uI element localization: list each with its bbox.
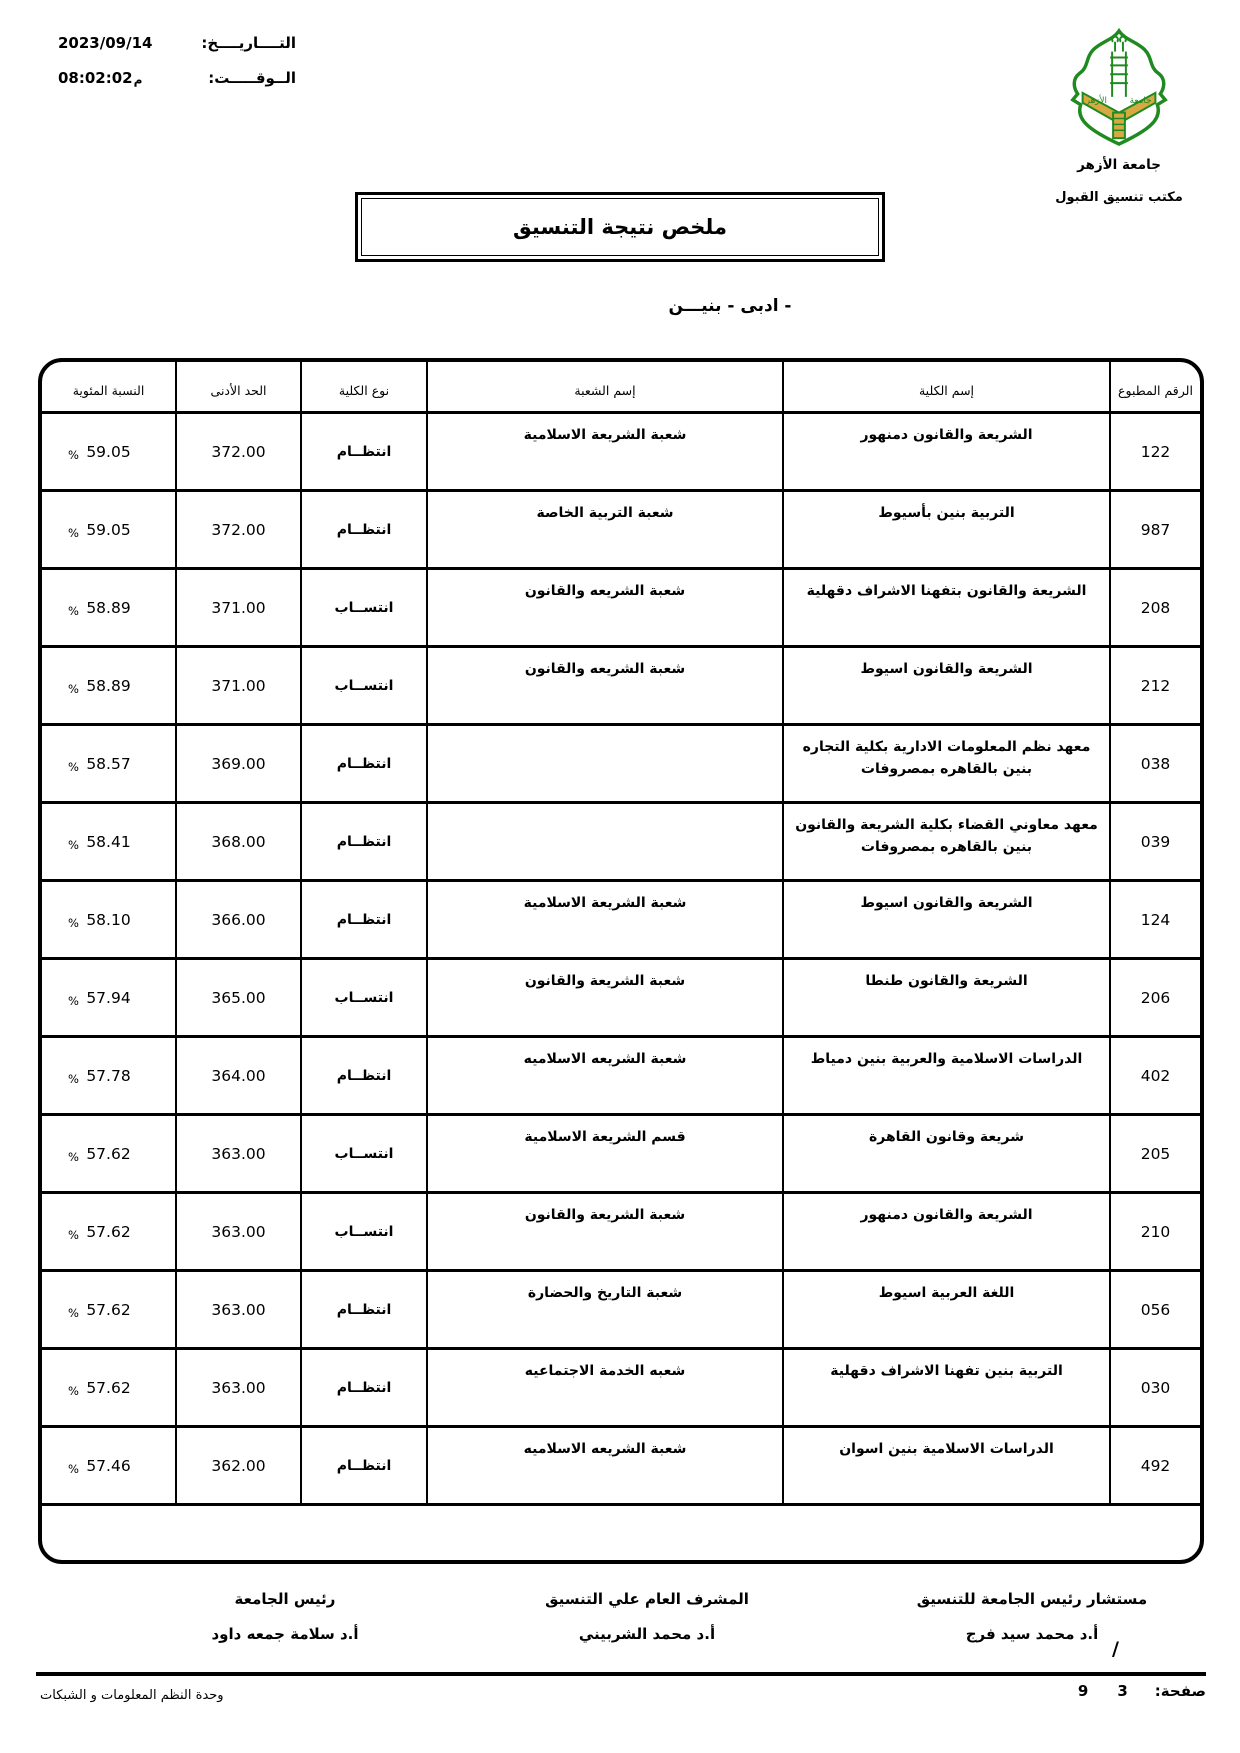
- percentage-cell: %58.41: [42, 804, 175, 882]
- percentage-cell: %57.94: [42, 960, 175, 1038]
- printed-number-cell: 205: [1109, 1116, 1200, 1194]
- office-name: مكتب تنسيق القبول: [1028, 190, 1210, 205]
- percentage-cell: %57.62: [42, 1350, 175, 1428]
- percentage-cell: %57.78: [42, 1038, 175, 1116]
- report-title: ملخص نتيجة التنسيق: [513, 215, 727, 239]
- percentage-value: 58.10: [86, 911, 130, 929]
- percent-sign: %: [68, 447, 79, 461]
- table-row: %57.62363.00انتســابشعبة الشريعة والقانو…: [42, 1194, 1200, 1272]
- min-score-cell: 366.00: [175, 882, 300, 960]
- branch-name-cell: شعبة الشريعة والقانون: [426, 960, 782, 1038]
- table-row: %58.41368.00انتظــاممعهد معاوني القضاء ب…: [42, 804, 1200, 882]
- enrollment-type-cell: انتســاب: [300, 648, 426, 726]
- header-printed-number: الرقم المطبوع: [1109, 362, 1200, 414]
- percentage-value: 57.94: [86, 989, 130, 1007]
- college-name-cell: الشريعة والقانون اسيوط: [782, 648, 1109, 726]
- percentage-cell: %59.05: [42, 492, 175, 570]
- branch-name-cell: قسم الشريعة الاسلامية: [426, 1116, 782, 1194]
- min-score-cell: 363.00: [175, 1350, 300, 1428]
- college-name-cell: شريعة وقانون القاهرة: [782, 1116, 1109, 1194]
- table-row: %57.62363.00انتظــامشعبه الخدمة الاجتماع…: [42, 1350, 1200, 1428]
- percentage-cell: %57.46: [42, 1428, 175, 1506]
- table-row: %57.46362.00انتظــامشعبة الشريعه الاسلام…: [42, 1428, 1200, 1506]
- time-value: 08:02:02م: [58, 69, 142, 87]
- percent-sign: %: [68, 1305, 79, 1319]
- table-bottom-space: [42, 1506, 1200, 1560]
- percentage-value: 57.62: [86, 1223, 130, 1241]
- printed-number-cell: 492: [1109, 1428, 1200, 1506]
- page-indicator: صفحة: 3 9: [1040, 1682, 1206, 1700]
- page-total: 9: [1078, 1682, 1088, 1700]
- signature-supervisor-name: أ.د محمد الشربيني: [492, 1625, 802, 1643]
- percent-sign: %: [68, 915, 79, 929]
- table-header-row: النسبة المئوية الحد الأدنى نوع الكلية إس…: [42, 362, 1200, 414]
- percentage-cell: %58.89: [42, 648, 175, 726]
- min-score-cell: 363.00: [175, 1272, 300, 1350]
- percentage-value: 57.46: [86, 1457, 130, 1475]
- college-name-cell: الدراسات الاسلامية بنين اسوان: [782, 1428, 1109, 1506]
- college-name-cell: الشريعة والقانون دمنهور: [782, 1194, 1109, 1272]
- signature-president: رئيس الجامعة أ.د سلامة جمعه داود: [130, 1590, 440, 1643]
- college-name-cell: الشريعة والقانون طنطا: [782, 960, 1109, 1038]
- time-meridiem: م: [134, 73, 143, 87]
- table-row: %58.57369.00انتظــاممعهد نظم المعلومات ا…: [42, 726, 1200, 804]
- min-score-cell: 372.00: [175, 414, 300, 492]
- branch-name-cell: شعبة الشريعة الاسلامية: [426, 882, 782, 960]
- signature-president-title: رئيس الجامعة: [130, 1590, 440, 1608]
- printed-number-cell: 038: [1109, 726, 1200, 804]
- branch-name-cell: شعبة التربية الخاصة: [426, 492, 782, 570]
- enrollment-type-cell: انتســاب: [300, 1116, 426, 1194]
- college-name-cell: الشريعة والقانون اسيوط: [782, 882, 1109, 960]
- branch-name-cell: [426, 726, 782, 804]
- printed-number-cell: 030: [1109, 1350, 1200, 1428]
- table-row: %57.78364.00انتظــامشعبة الشريعه الاسلام…: [42, 1038, 1200, 1116]
- printed-number-cell: 987: [1109, 492, 1200, 570]
- signature-supervisor-title: المشرف العام علي التنسيق: [492, 1590, 802, 1608]
- date-value: 2023/09/14: [58, 34, 152, 52]
- enrollment-type-cell: انتظــام: [300, 804, 426, 882]
- percentage-value: 57.78: [86, 1067, 130, 1085]
- enrollment-type-cell: انتظــام: [300, 414, 426, 492]
- header-branch-name: إسم الشعبة: [426, 362, 782, 414]
- percentage-value: 58.89: [86, 677, 130, 695]
- percentage-cell: %57.62: [42, 1116, 175, 1194]
- enrollment-type-cell: انتســاب: [300, 1194, 426, 1272]
- university-brand: جامعة الأزهر جامعة الأزهر مكتب تنسيق الق…: [1028, 28, 1210, 205]
- percent-sign: %: [68, 681, 79, 695]
- branch-name-cell: شعبة الشريعه الاسلاميه: [426, 1428, 782, 1506]
- signature-supervisor: المشرف العام علي التنسيق أ.د محمد الشربي…: [492, 1590, 802, 1643]
- printed-number-cell: 212: [1109, 648, 1200, 726]
- printed-number-cell: 039: [1109, 804, 1200, 882]
- percent-sign: %: [68, 993, 79, 1007]
- min-score-cell: 363.00: [175, 1116, 300, 1194]
- header-min-score: الحد الأدنى: [175, 362, 300, 414]
- college-name-cell: الدراسات الاسلامية والعربية بنين دمياط: [782, 1038, 1109, 1116]
- date-label: التــــاريــــخ:: [201, 34, 296, 52]
- report-title-box: ملخص نتيجة التنسيق: [355, 192, 885, 262]
- table-row: %58.89371.00انتســابشعبة الشريعه والقانو…: [42, 648, 1200, 726]
- percentage-cell: %58.10: [42, 882, 175, 960]
- college-name-cell: اللغة العربية اسيوط: [782, 1272, 1109, 1350]
- college-name-cell: معهد نظم المعلومات الادارية بكلية التجار…: [782, 726, 1109, 804]
- table-row: %57.94365.00انتســابشعبة الشريعة والقانو…: [42, 960, 1200, 1038]
- min-score-cell: 363.00: [175, 1194, 300, 1272]
- page-current: 3: [1117, 1682, 1127, 1700]
- enrollment-type-cell: انتظــام: [300, 1038, 426, 1116]
- slash-mark: /: [1112, 1638, 1119, 1660]
- header-percentage: النسبة المئوية: [42, 362, 175, 414]
- signature-advisor-name: أ.د محمد سيد فرج: [877, 1625, 1187, 1643]
- table-row: %58.10366.00انتظــامشعبة الشريعة الاسلام…: [42, 882, 1200, 960]
- enrollment-type-cell: انتســاب: [300, 960, 426, 1038]
- branch-name-cell: شعبة الشريعة والقانون: [426, 1194, 782, 1272]
- report-subtitle: - ادبى - بنيـــن: [470, 296, 990, 316]
- percent-sign: %: [68, 1383, 79, 1397]
- percentage-value: 58.41: [86, 833, 130, 851]
- percentage-value: 59.05: [86, 521, 130, 539]
- printed-number-cell: 210: [1109, 1194, 1200, 1272]
- printed-number-cell: 402: [1109, 1038, 1200, 1116]
- footer-divider: [36, 1672, 1206, 1676]
- book-text-right: جامعة: [1130, 96, 1152, 106]
- branch-name-cell: شعبة الشريعة الاسلامية: [426, 414, 782, 492]
- date-row: 2023/09/14 التــــاريــــخ:: [58, 34, 296, 52]
- branch-name-cell: شعبة التاريخ والحضارة: [426, 1272, 782, 1350]
- book-text-left: الأزهر: [1085, 94, 1107, 106]
- report-page: { "meta": { "date_label": "التــــاريـــ…: [0, 0, 1240, 1753]
- percent-sign: %: [68, 603, 79, 617]
- min-score-cell: 371.00: [175, 648, 300, 726]
- page-label: صفحة:: [1155, 1682, 1206, 1700]
- percent-sign: %: [68, 525, 79, 539]
- percentage-value: 58.89: [86, 599, 130, 617]
- printed-number-cell: 206: [1109, 960, 1200, 1038]
- percentage-value: 57.62: [86, 1145, 130, 1163]
- college-name-cell: التربية بنين بأسيوط: [782, 492, 1109, 570]
- printed-number-cell: 056: [1109, 1272, 1200, 1350]
- min-score-cell: 365.00: [175, 960, 300, 1038]
- signature-advisor: مستشار رئيس الجامعة للتنسيق أ.د محمد سيد…: [877, 1590, 1187, 1643]
- signature-president-name: أ.د سلامة جمعه داود: [130, 1625, 440, 1643]
- printed-number-cell: 122: [1109, 414, 1200, 492]
- enrollment-type-cell: انتظــام: [300, 1272, 426, 1350]
- alazhar-logo-icon: جامعة الأزهر: [1052, 28, 1186, 148]
- table-row: %57.62363.00انتســابقسم الشريعة الاسلامي…: [42, 1116, 1200, 1194]
- university-name: جامعة الأزهر: [1028, 157, 1210, 173]
- min-score-cell: 371.00: [175, 570, 300, 648]
- min-score-cell: 372.00: [175, 492, 300, 570]
- percentage-cell: %57.62: [42, 1272, 175, 1350]
- percent-sign: %: [68, 1071, 79, 1085]
- signature-advisor-title: مستشار رئيس الجامعة للتنسيق: [877, 1590, 1187, 1608]
- time-label: الــوقـــــت:: [208, 69, 296, 87]
- branch-name-cell: شعبة الشريعه والقانون: [426, 648, 782, 726]
- college-name-cell: الشريعة والقانون دمنهور: [782, 414, 1109, 492]
- percentage-cell: %58.57: [42, 726, 175, 804]
- percentage-value: 58.57: [86, 755, 130, 773]
- table-row: %58.89371.00انتســابشعبة الشريعه والقانو…: [42, 570, 1200, 648]
- printed-number-cell: 124: [1109, 882, 1200, 960]
- time-row: 08:02:02م الــوقـــــت:: [58, 69, 296, 87]
- table-row: %57.62363.00انتظــامشعبة التاريخ والحضار…: [42, 1272, 1200, 1350]
- percent-sign: %: [68, 1227, 79, 1241]
- percent-sign: %: [68, 1461, 79, 1475]
- percentage-value: 57.62: [86, 1301, 130, 1319]
- header-college-name: إسم الكلية: [782, 362, 1109, 414]
- college-name-cell: معهد معاوني القضاء بكلية الشريعة والقانو…: [782, 804, 1109, 882]
- systems-unit-note: وحدة النظم المعلومات و الشبكات: [40, 1688, 224, 1703]
- percentage-value: 57.62: [86, 1379, 130, 1397]
- percentage-cell: %58.89: [42, 570, 175, 648]
- percentage-value: 59.05: [86, 443, 130, 461]
- enrollment-type-cell: انتظــام: [300, 726, 426, 804]
- enrollment-type-cell: انتســاب: [300, 570, 426, 648]
- branch-name-cell: [426, 804, 782, 882]
- percent-sign: %: [68, 759, 79, 773]
- min-score-cell: 368.00: [175, 804, 300, 882]
- percent-sign: %: [68, 837, 79, 851]
- enrollment-type-cell: انتظــام: [300, 1428, 426, 1506]
- min-score-cell: 362.00: [175, 1428, 300, 1506]
- table-row: %59.05372.00انتظــامشعبة التربية الخاصةا…: [42, 492, 1200, 570]
- results-table: النسبة المئوية الحد الأدنى نوع الكلية إس…: [38, 358, 1204, 1564]
- min-score-cell: 369.00: [175, 726, 300, 804]
- percentage-cell: %59.05: [42, 414, 175, 492]
- enrollment-type-cell: انتظــام: [300, 1350, 426, 1428]
- table-body: %59.05372.00انتظــامشعبة الشريعة الاسلام…: [42, 414, 1200, 1506]
- table-row: %59.05372.00انتظــامشعبة الشريعة الاسلام…: [42, 414, 1200, 492]
- enrollment-type-cell: انتظــام: [300, 492, 426, 570]
- min-score-cell: 364.00: [175, 1038, 300, 1116]
- branch-name-cell: شعبة الشريعه والقانون: [426, 570, 782, 648]
- college-name-cell: الشريعة والقانون بتفهنا الاشراف دقهلية: [782, 570, 1109, 648]
- datetime-block: 2023/09/14 التــــاريــــخ: 08:02:02م ال…: [58, 34, 296, 104]
- branch-name-cell: شعبة الشريعه الاسلاميه: [426, 1038, 782, 1116]
- printed-number-cell: 208: [1109, 570, 1200, 648]
- college-name-cell: التربية بنين تفهنا الاشراف دقهلية: [782, 1350, 1109, 1428]
- enrollment-type-cell: انتظــام: [300, 882, 426, 960]
- percent-sign: %: [68, 1149, 79, 1163]
- header-college-type: نوع الكلية: [300, 362, 426, 414]
- percentage-cell: %57.62: [42, 1194, 175, 1272]
- branch-name-cell: شعبه الخدمة الاجتماعيه: [426, 1350, 782, 1428]
